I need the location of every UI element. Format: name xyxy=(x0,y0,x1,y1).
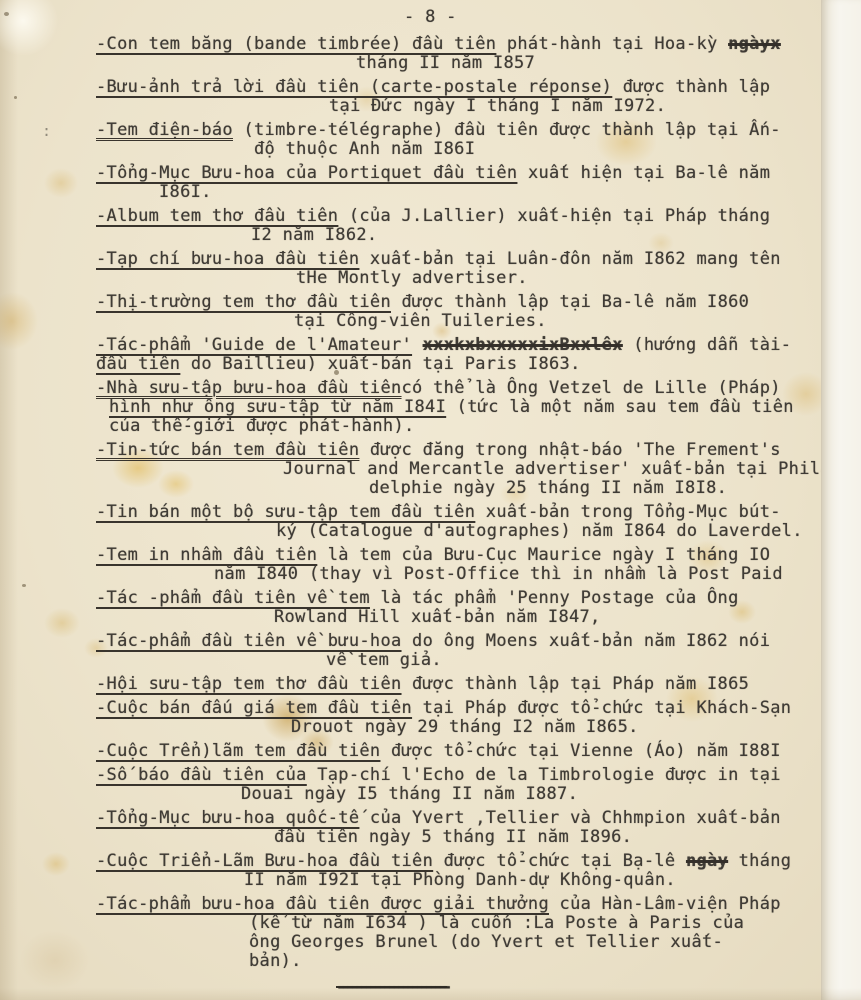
list-item: -Album tem thơ đầu tiên (của J.Lallier) … xyxy=(96,207,822,245)
text-segment: Journal and Mercantle advertiser' xuất-b… xyxy=(283,459,841,479)
underlined-text: -Tổng-Mục Bưu-hoa của Portiquet đầu tiên xyxy=(96,163,517,183)
underlined-text: -Tin-tức bán tem đầu tiên xyxy=(96,440,359,460)
document-line: -Tạp chí bưu-hoa đầu tiên xuất-bản tại L… xyxy=(96,250,822,269)
text-segment: II năm I92I tại Phòng Danh-dự Không-quân… xyxy=(244,870,676,890)
list-item: -Bưu-ảnh trả lời đầu tiên (carte-postale… xyxy=(96,78,822,116)
document-line: tại Đức ngày I tháng I năm I972. xyxy=(96,97,822,116)
document-line: độ thuộc Anh năm I86I xyxy=(96,140,822,159)
text-segment: phát-hành tại Hoa-kỳ xyxy=(496,34,728,54)
document-line: -Tác -phẩm đầu tiên về tem là tác phẩm '… xyxy=(96,589,822,608)
text-segment: xuất-bản trong Tổng-Mục bút- xyxy=(475,502,781,522)
text-segment: được đăng trong nhật-báo 'The Frement's xyxy=(359,440,780,460)
document-page: : - 8 - -Con tem băng (bande timbrée) đầ… xyxy=(0,0,861,1000)
underlined-text: -Số báo đầu tiên của xyxy=(96,765,307,785)
document-line: II năm I92I tại Phòng Danh-dự Không-quân… xyxy=(96,871,822,890)
text-segment: tháng xyxy=(728,851,791,871)
document-line: I2 năm I862. xyxy=(96,226,822,245)
text-segment: Drouot ngày 29 tháng I2 năm I865. xyxy=(291,717,639,737)
text-segment: I2 năm I862. xyxy=(251,225,377,245)
underlined-text: -Album tem thơ đầu tiên xyxy=(96,206,338,226)
document-line: (kể từ năm I634 ) là cuốn :La Poste à Pa… xyxy=(96,914,822,933)
document-line: ông Georges Brunel (do Yvert et Tellier … xyxy=(96,933,822,952)
text-segment: có thể là Ông Vetzel de Lille (Pháp) xyxy=(402,378,781,398)
list-item: -Tổng-Mục bưu-hoa quốc-tế của Yvert ,Tel… xyxy=(96,809,822,847)
text-segment: do Baillieu) xuất-bản tại Paris I863. xyxy=(180,354,580,374)
underlined-text: -Tạp chí bưu-hoa đầu tiên xyxy=(96,249,359,269)
text-segment: tại Đức ngày I tháng I năm I972. xyxy=(329,96,666,116)
list-item: -Tem in nhầm đầu tiên là tem của Bưu-Cục… xyxy=(96,546,822,584)
adjacent-page-edge xyxy=(821,0,861,1000)
underlined-text: đầu tiên xyxy=(96,354,180,374)
text-segment: tại Công-viên Tuileries. xyxy=(294,311,547,331)
text-segment: (kể từ năm I634 ) là cuốn :La Poste à Pa… xyxy=(249,913,744,933)
text-segment: của Yvert ,Tellier và Chhmpion xuất-bản xyxy=(359,808,780,828)
document-line: -Cuộc Trển)lãm tem đầu tiên được tổ-chức… xyxy=(96,742,822,761)
list-item: -Cuộc bán đấu giá tem đầu tiên tại Pháp … xyxy=(96,699,822,737)
text-segment: Tạp-chí l'Echo de la Timbrologie được in… xyxy=(307,765,781,785)
text-segment: được tổ-chức tại Bạ-lê xyxy=(433,851,686,871)
text-segment: ký (Catalogue d'autographes) năm I864 do… xyxy=(276,521,803,541)
underlined-text: -Hội sưu-tập tem thơ đầu tiên xyxy=(96,674,402,694)
underlined-text: -Tác-phẩm bưu-hoa đầu tiên được giải thư… xyxy=(96,894,549,914)
document-line: về tem giả. xyxy=(96,651,822,670)
list-item: -Tạp chí bưu-hoa đầu tiên xuất-bản tại L… xyxy=(96,250,822,288)
underlined-text: -Bưu-ảnh trả lời đầu tiên (carte-postale… xyxy=(96,77,612,97)
underlined-text: -Tổng-Mục bưu-hoa quốc-tế xyxy=(96,808,359,828)
document-line: tháng II năm I857 xyxy=(96,54,822,73)
document-line: -Hội sưu-tập tem thơ đầu tiên được thành… xyxy=(96,675,822,694)
underlined-text: -Cuộc Trển)lãm tem đầu tiên xyxy=(96,741,380,761)
list-item: -Tem điện-báo (timbre-télégraphe) đầu ti… xyxy=(96,121,822,159)
text-segment: xuất hiện tại Ba-lê năm xyxy=(517,163,770,183)
text-segment: (hướng dẫn tài- xyxy=(623,335,792,355)
text-segment: được tổ-chức tại Vienne (Áo) năm I88I xyxy=(380,741,780,761)
text-segment: được thành lập tại Pháp năm I865 xyxy=(402,674,750,694)
text-segment: về tem giả. xyxy=(326,650,442,670)
list-item: -Hội sưu-tập tem thơ đầu tiên được thành… xyxy=(96,675,822,694)
document-line: -Con tem băng (bande timbrée) đầu tiên p… xyxy=(96,35,822,54)
document-line: Drouot ngày 29 tháng I2 năm I865. xyxy=(96,718,822,737)
text-segment: bản). xyxy=(249,951,302,971)
struck-out-text: ngàyx xyxy=(728,34,781,54)
list-item: -Cuộc Triển-Lãm Bưu-hoa đầu tiên được tổ… xyxy=(96,852,822,890)
text-segment: I86I. xyxy=(159,182,212,202)
document-line: -Nhà sưu-tập bưu-hoa đầu tiêncó thể là Ô… xyxy=(96,379,822,398)
text-segment: của thế-giới được phát-hành). xyxy=(109,416,415,436)
text-segment: được thành lập tại Ba-lê năm I860 xyxy=(391,292,749,312)
struck-out-text: xxxkxbxxxxxixBxxlêx xyxy=(423,335,623,355)
text-segment: do ông Moens xuất-bản năm I862 nói xyxy=(402,631,771,651)
document-line: -Tin bán một bộ sưu-tập tem đầu tiên xuấ… xyxy=(96,503,822,522)
underlined-text: -Nhà sưu-tập bưu-hoa đầu tiên xyxy=(96,378,402,398)
document-line: delphie ngày 25 tháng II năm I8I8. xyxy=(96,479,822,498)
document-line: -Tin-tức bán tem đầu tiên được đăng tron… xyxy=(96,441,822,460)
list-item: -Thị-trường tem thơ đầu tiên được thành … xyxy=(96,293,822,331)
underlined-text: -Tem in nhầm đầu tiên xyxy=(96,545,317,565)
document-line: tHe Montly advertiser. xyxy=(96,269,822,288)
underlined-text: -Tác-phẩm 'Guide de l'Amateur' xyxy=(96,335,412,355)
text-segment: năm I840 (thay vì Post-Office thì in nhầ… xyxy=(214,564,783,584)
document-line: đầu tiên do Baillieu) xuất-bản tại Paris… xyxy=(96,355,822,374)
text-segment xyxy=(412,335,423,355)
document-line: -Tổng-Mục bưu-hoa quốc-tế của Yvert ,Tel… xyxy=(96,809,822,828)
list-item: -Tác -phẩm đầu tiên về tem là tác phẩm '… xyxy=(96,589,822,627)
document-line: I86I. xyxy=(96,183,822,202)
text-segment: (của J.Lallier) xuất-hiện tại Pháp tháng xyxy=(338,206,770,226)
underlined-text: hình như ông sưu-tập từ năm I84I xyxy=(109,397,446,417)
document-line: -Album tem thơ đầu tiên (của J.Lallier) … xyxy=(96,207,822,226)
list-item: -Cuộc Trển)lãm tem đầu tiên được tổ-chức… xyxy=(96,742,822,761)
document-line: -Cuộc Triển-Lãm Bưu-hoa đầu tiên được tổ… xyxy=(96,852,822,871)
list-item: -Tác-phẩm 'Guide de l'Amateur' xxxkxbxxx… xyxy=(96,336,822,374)
underlined-text: -Thị-trường tem thơ đầu tiên xyxy=(96,292,391,312)
item-list: -Con tem băng (bande timbrée) đầu tiên p… xyxy=(96,35,822,971)
list-item: -Tổng-Mục Bưu-hoa của Portiquet đầu tiên… xyxy=(96,164,822,202)
document-line: -Thị-trường tem thơ đầu tiên được thành … xyxy=(96,293,822,312)
document-line: -Bưu-ảnh trả lời đầu tiên (carte-postale… xyxy=(96,78,822,97)
list-item: -Con tem băng (bande timbrée) đầu tiên p… xyxy=(96,35,822,73)
underlined-text: -Cuộc bán đấu giá tem đầu tiên xyxy=(96,698,412,718)
document-line: tại Công-viên Tuileries. xyxy=(96,312,822,331)
document-line: -Tác-phẩm đầu tiên về bưu-hoa do ông Moe… xyxy=(96,632,822,651)
text-segment: Rowland Hill xuất-bản năm I847, xyxy=(274,607,601,627)
document-line: hình như ông sưu-tập từ năm I84I (tức là… xyxy=(96,398,822,417)
struck-out-text: ngày xyxy=(686,851,728,871)
text-segment: của Hàn-Lâm-viện Pháp xyxy=(549,894,781,914)
document-line: ký (Catalogue d'autographes) năm I864 do… xyxy=(96,522,822,541)
document-line: -Tác-phẩm 'Guide de l'Amateur' xxxkxbxxx… xyxy=(96,336,822,355)
underlined-text: -Tác-phẩm đầu tiên về bưu-hoa xyxy=(96,631,402,651)
footer-rule: ------------------------ xyxy=(96,977,822,996)
text-segment: tại Pháp được tổ-chức tại Khách-Sạn xyxy=(412,698,791,718)
underlined-text: -Tem điện-báo xyxy=(96,120,233,140)
list-item: -Tin bán một bộ sưu-tập tem đầu tiên xuấ… xyxy=(96,503,822,541)
page-number: - 8 - xyxy=(96,8,822,27)
text-segment: được thành lập xyxy=(612,77,770,97)
document-line: đầu tiên ngày 5 tháng II năm I896. xyxy=(96,828,822,847)
text-segment: tHe Montly advertiser. xyxy=(296,268,528,288)
typewritten-text-block: - 8 - -Con tem băng (bande timbrée) đầu … xyxy=(0,0,822,996)
text-segment: là tem của Bưu-Cục Maurice ngày I tháng … xyxy=(317,545,770,565)
document-line: Rowland Hill xuất-bản năm I847, xyxy=(96,608,822,627)
document-line: -Số báo đầu tiên của Tạp-chí l'Echo de l… xyxy=(96,766,822,785)
text-segment: tháng II năm I857 xyxy=(356,53,535,73)
list-item: -Nhà sưu-tập bưu-hoa đầu tiêncó thể là Ô… xyxy=(96,379,822,436)
text-segment: (tức là một năm sau tem đầu tiên xyxy=(446,397,794,417)
text-segment: ông Georges Brunel (do Yvert et Tellier … xyxy=(249,932,723,952)
text-segment: độ thuộc Anh năm I86I xyxy=(254,139,475,159)
document-line: Journal and Mercantle advertiser' xuất-b… xyxy=(96,460,822,479)
underlined-text: -Tin bán một bộ sưu-tập tem đầu tiên xyxy=(96,502,475,522)
text-segment: (timbre-télégraphe) đầu tiên được thành … xyxy=(233,120,781,140)
document-line: Douai ngày I5 tháng II năm I887. xyxy=(96,785,822,804)
document-line: -Tem in nhầm đầu tiên là tem của Bưu-Cục… xyxy=(96,546,822,565)
document-line: bản). xyxy=(96,952,822,971)
text-segment: delphie ngày 25 tháng II năm I8I8. xyxy=(369,478,727,498)
document-line: -Cuộc bán đấu giá tem đầu tiên tại Pháp … xyxy=(96,699,822,718)
text-segment: là tác phẩm 'Penny Postage của Ông xyxy=(370,588,739,608)
text-segment: Douai ngày I5 tháng II năm I887. xyxy=(241,784,578,804)
underlined-text: -Tác -phẩm đầu tiên về tem xyxy=(96,588,370,608)
text-segment: xuất-bản tại Luân-đôn năm I862 mang tên xyxy=(359,249,780,269)
document-line: -Tác-phẩm bưu-hoa đầu tiên được giải thư… xyxy=(96,895,822,914)
document-line: năm I840 (thay vì Post-Office thì in nhầ… xyxy=(96,565,822,584)
text-segment: đầu tiên ngày 5 tháng II năm I896. xyxy=(274,827,632,847)
list-item: -Tác-phẩm bưu-hoa đầu tiên được giải thư… xyxy=(96,895,822,971)
list-item: -Số báo đầu tiên của Tạp-chí l'Echo de l… xyxy=(96,766,822,804)
document-line: -Tem điện-báo (timbre-télégraphe) đầu ti… xyxy=(96,121,822,140)
underlined-text: -Cuộc Triển-Lãm Bưu-hoa đầu tiên xyxy=(96,851,433,871)
document-line: -Tổng-Mục Bưu-hoa của Portiquet đầu tiên… xyxy=(96,164,822,183)
list-item: -Tác-phẩm đầu tiên về bưu-hoa do ông Moe… xyxy=(96,632,822,670)
document-line: của thế-giới được phát-hành). xyxy=(96,417,822,436)
list-item: -Tin-tức bán tem đầu tiên được đăng tron… xyxy=(96,441,822,498)
underlined-text: -Con tem băng (bande timbrée) đầu tiên xyxy=(96,34,496,54)
